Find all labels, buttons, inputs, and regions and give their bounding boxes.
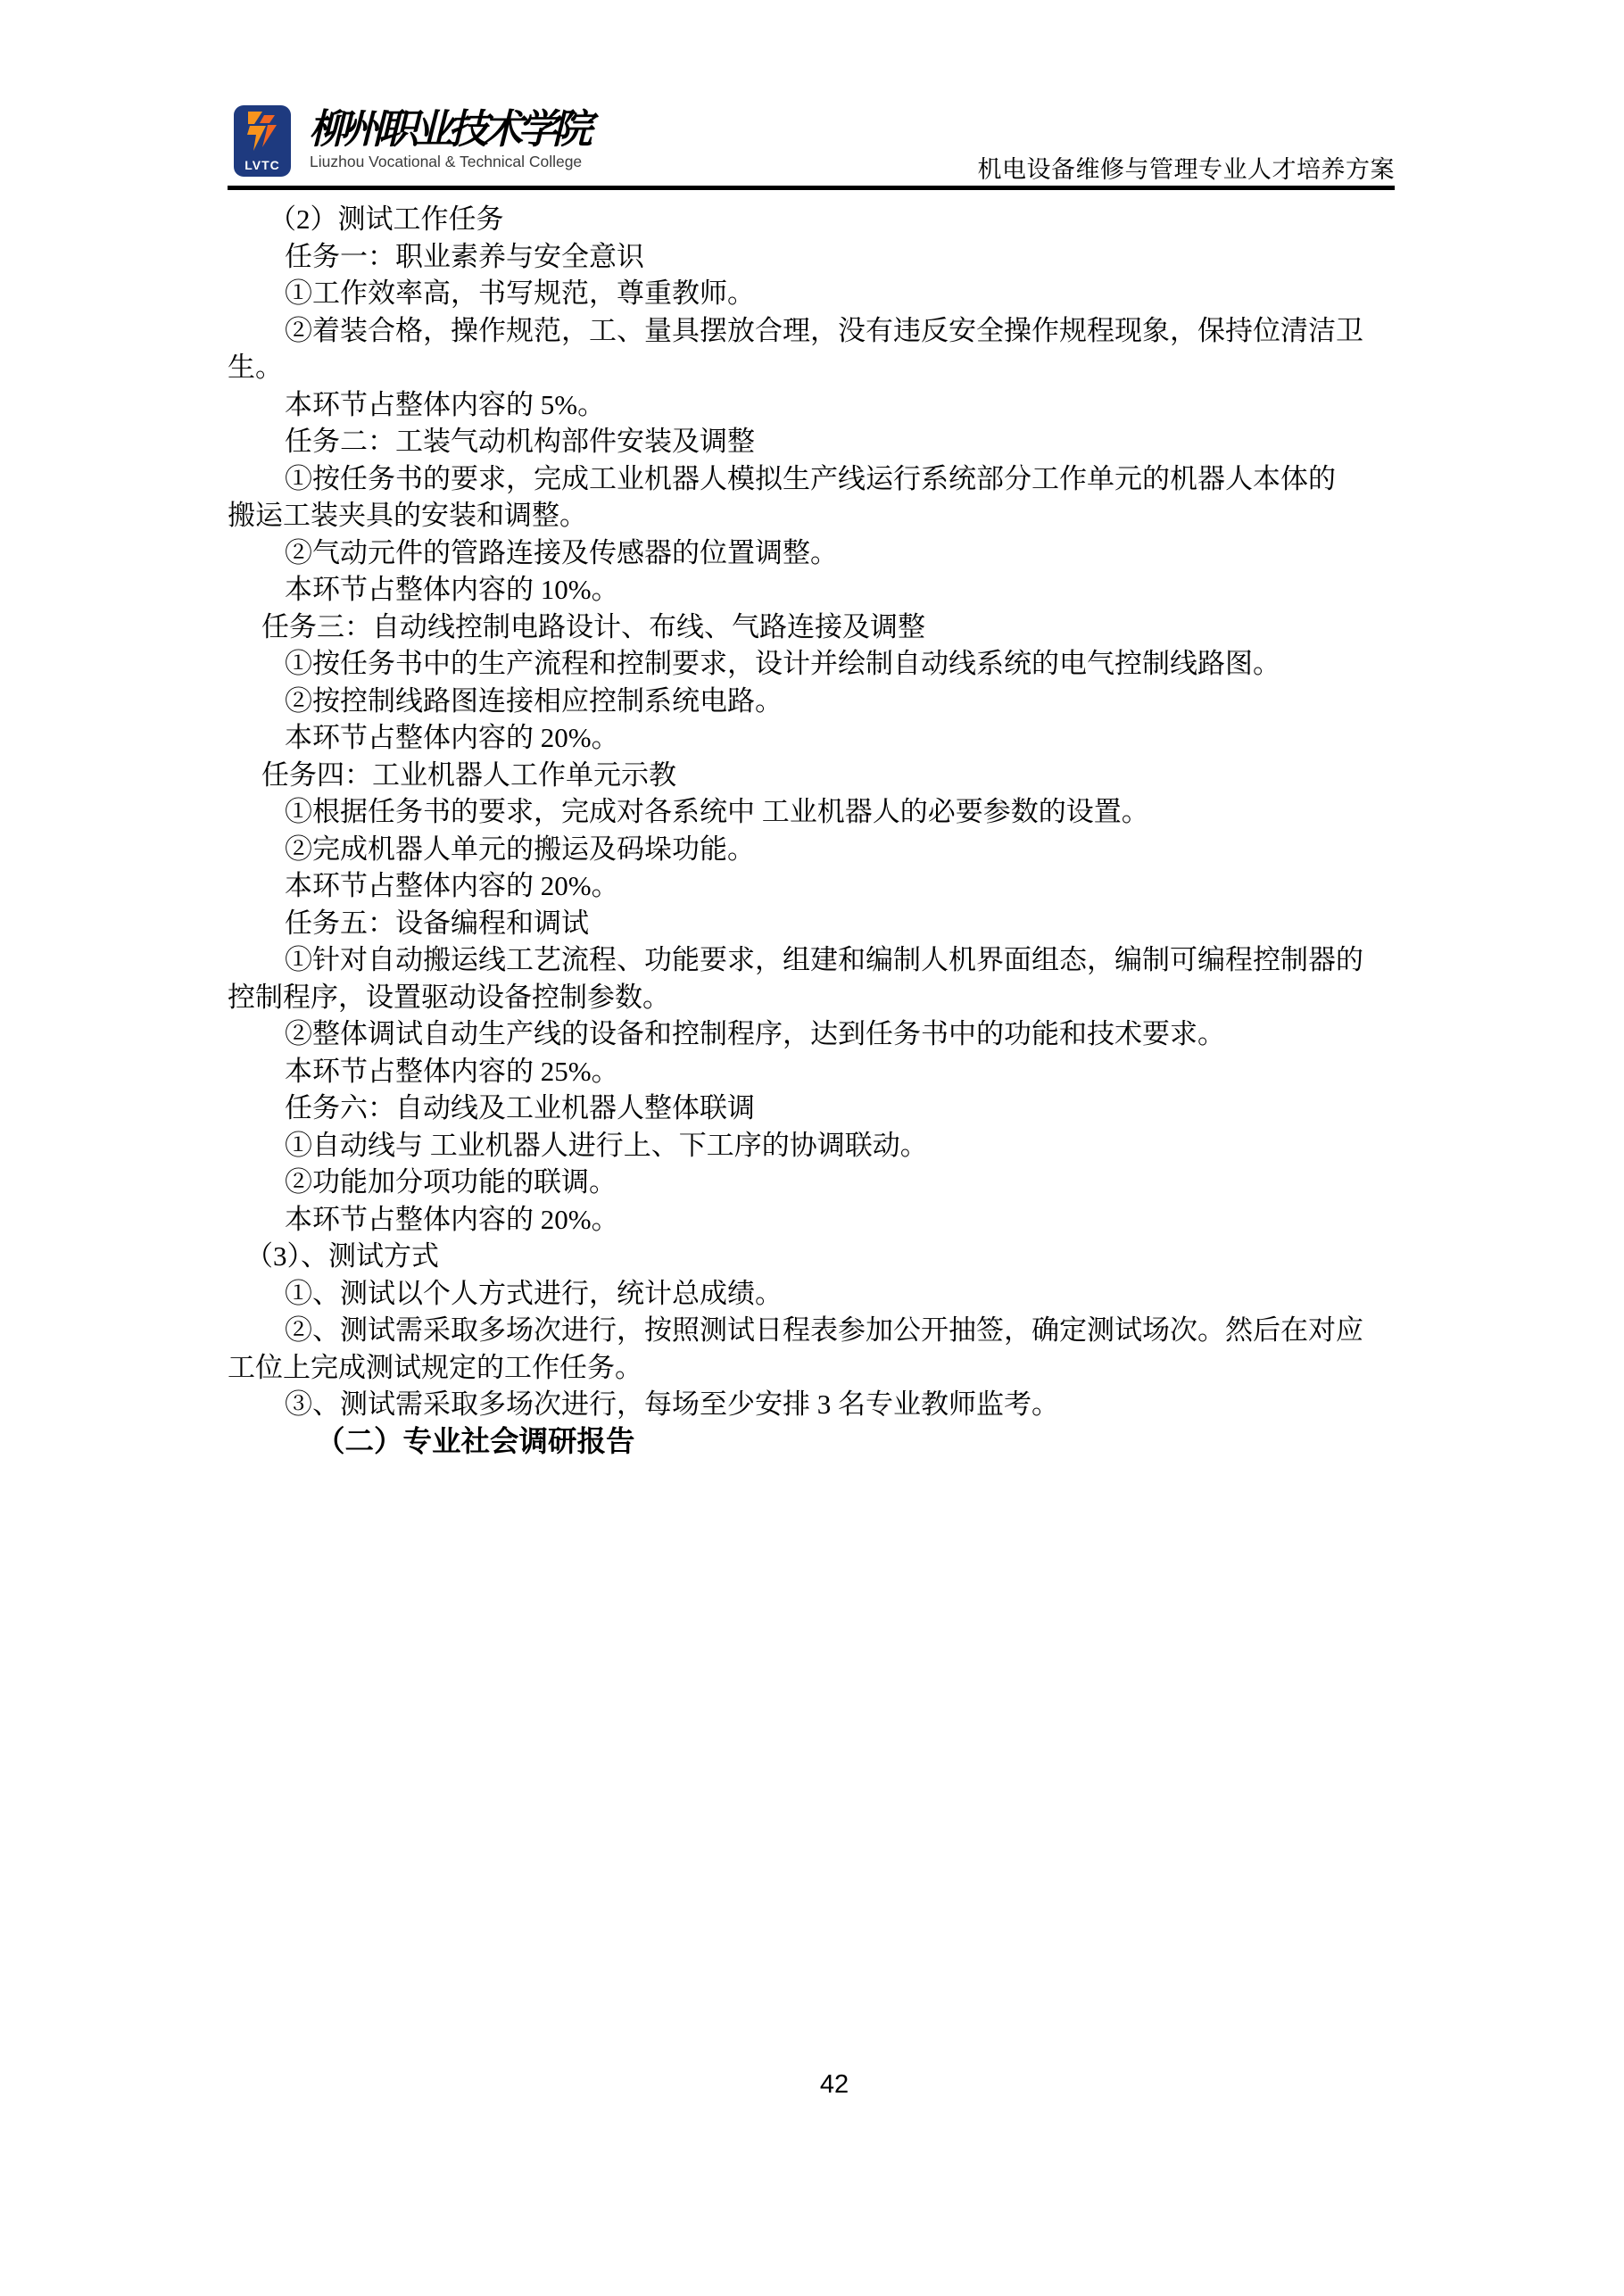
body-line: ①按任务书的要求，完成工业机器人模拟生产线运行系统部分工作单元的机器人本体的 <box>228 460 1398 498</box>
body-line: ①针对自动搬运线工艺流程、功能要求，组建和编制人机界面组态，编制可编程控制器的 <box>228 941 1398 979</box>
body-line: 本环节占整体内容的 25%。 <box>228 1053 1398 1090</box>
body-line: ③、测试需采取多场次进行，每场至少安排 3 名专业教师监考。 <box>228 1386 1398 1423</box>
logo-text: LVTC <box>244 159 280 171</box>
body-line: 任务二：工装气动机构部件安装及调整 <box>228 423 1398 460</box>
document-body: （2）测试工作任务 任务一：职业素养与安全意识 ①工作效率高，书写规范，尊重教师… <box>228 201 1398 1460</box>
document-header-title: 机电设备维修与管理专业人才培养方案 <box>978 150 1396 185</box>
body-line: 本环节占整体内容的 20%。 <box>228 719 1398 757</box>
lightning-icon <box>243 112 282 153</box>
section-heading: （二）专业社会调研报告 <box>228 1423 1398 1461</box>
body-line: 本环节占整体内容的 20%。 <box>228 1201 1398 1239</box>
body-line: ①自动线与 工业机器人进行上、下工序的协调联动。 <box>228 1127 1398 1165</box>
body-line: ①按任务书中的生产流程和控制要求，设计并绘制自动线系统的电气控制线路图。 <box>228 645 1398 683</box>
college-name-chinese: 柳州职业技术学院 <box>309 107 594 152</box>
body-line: ②气动元件的管路连接及传感器的位置调整。 <box>228 535 1398 572</box>
body-line: ②完成机器人单元的搬运及码垛功能。 <box>228 831 1398 868</box>
body-line: （3）、测试方式 <box>228 1238 1398 1275</box>
body-line: ②、测试需采取多场次进行，按照测试日程表参加公开抽签，确定测试场次。然后在对应 <box>228 1312 1398 1349</box>
body-line: （2）测试工作任务 <box>228 201 1398 238</box>
body-line: 任务三：自动线控制电路设计、布线、气路连接及调整 <box>228 609 1398 646</box>
body-line: 工位上完成测试规定的工作任务。 <box>228 1349 1398 1387</box>
college-logo: LVTC <box>234 105 291 177</box>
body-line: 本环节占整体内容的 10%。 <box>228 571 1398 609</box>
body-line: ①工作效率高，书写规范，尊重教师。 <box>228 275 1398 312</box>
body-line: 本环节占整体内容的 5%。 <box>228 386 1398 424</box>
body-line: 任务五：设备编程和调试 <box>228 905 1398 942</box>
body-line: ②整体调试自动生产线的设备和控制程序，达到任务书中的功能和技术要求。 <box>228 1015 1398 1053</box>
body-line: ②按控制线路图连接相应控制系统电路。 <box>228 683 1398 720</box>
body-line: 任务一：职业素养与安全意识 <box>228 238 1398 276</box>
body-line: ①根据任务书的要求，完成对各系统中 工业机器人的必要参数的设置。 <box>228 793 1398 831</box>
college-name-english: Liuzhou Vocational & Technical College <box>310 153 582 171</box>
body-line: ①、测试以个人方式进行，统计总成绩。 <box>228 1275 1398 1313</box>
header-divider <box>228 186 1395 190</box>
body-line: 控制程序，设置驱动设备控制参数。 <box>228 979 1398 1016</box>
body-line: 任务四：工业机器人工作单元示教 <box>228 757 1398 794</box>
document-page: LVTC 柳州职业技术学院 Liuzhou Vocational & Techn… <box>0 0 1624 2296</box>
page-number: 42 <box>0 2070 1624 2100</box>
body-line: ②着装合格，操作规范，工、量具摆放合理，没有违反安全操作规程现象，保持位清洁卫 <box>228 312 1398 350</box>
body-line: 生。 <box>228 349 1398 386</box>
body-line: 搬运工装夹具的安装和调整。 <box>228 497 1398 535</box>
body-line: 任务六：自动线及工业机器人整体联调 <box>228 1090 1398 1127</box>
body-line: 本环节占整体内容的 20%。 <box>228 867 1398 905</box>
body-line: ②功能加分项功能的联调。 <box>228 1164 1398 1201</box>
